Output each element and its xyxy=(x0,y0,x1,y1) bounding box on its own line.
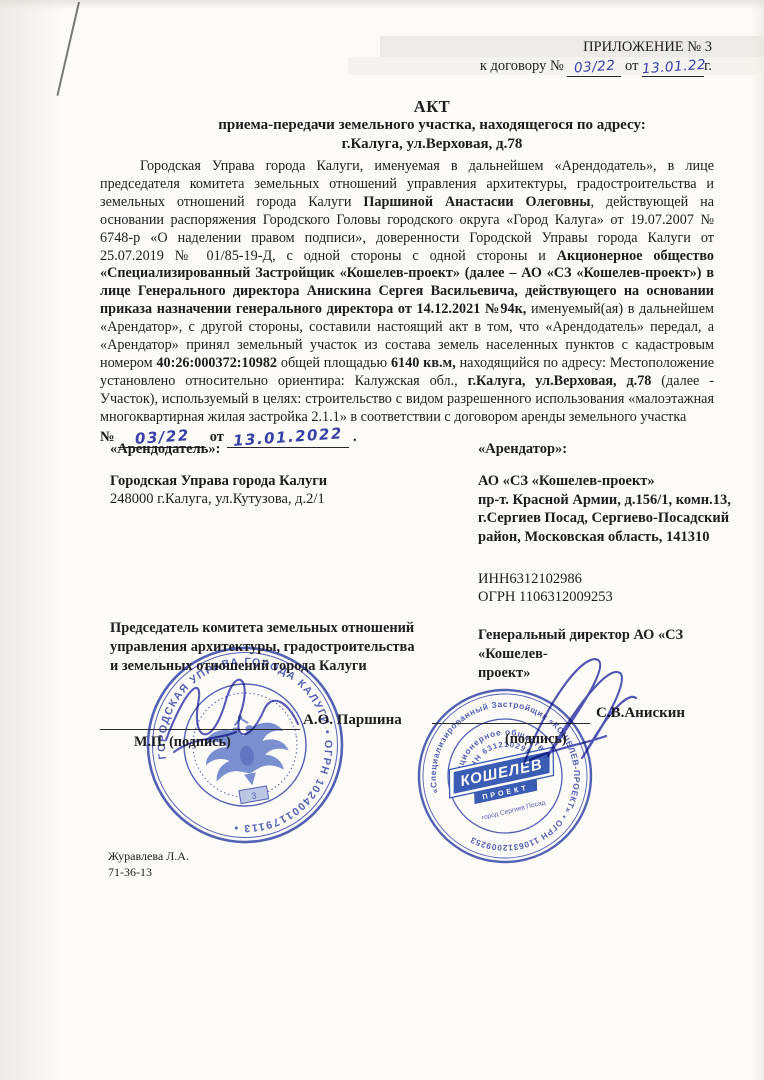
tenant-label: «Арендатор»: xyxy=(478,440,734,458)
landlord-block: «Арендодатель»: Городская Управа города … xyxy=(110,440,420,508)
landlord-stamp-number-box: 3 xyxy=(239,786,269,804)
tenant-block: «Арендатор»: АО «СЗ «Кошелев-проект» пр-… xyxy=(478,440,734,607)
executor-phone: 71-36-13 xyxy=(108,864,189,880)
landlord-address: 248000 г.Калуга, ул.Кутузова, д.2/1 xyxy=(110,490,420,508)
tenant-address-line: пр-т. Красной Армии, д.156/1, комн.13, xyxy=(478,491,734,509)
title-address: г.Калуга, ул.Верховая, д.78 xyxy=(112,135,752,154)
landlord-label: «Арендодатель»: xyxy=(110,440,420,458)
ot-word: от xyxy=(625,58,638,74)
contract-date-blank: 13.01.22 xyxy=(642,57,704,77)
document-title: АКТ приема-передачи земельного участка, … xyxy=(112,97,752,154)
landlord-signature-stroke xyxy=(138,652,338,782)
contract-reference-line: к договору № 03/22 от 13.01.22г. xyxy=(480,57,712,77)
tenant-signature-stroke xyxy=(486,636,671,781)
title-act: АКТ xyxy=(112,97,752,116)
landlord-signature-caption: М.П. (подпись) xyxy=(134,734,231,751)
tenant-name: АО «СЗ «Кошелев-проект» xyxy=(478,472,734,490)
tenant-signature-caption: (подпись) xyxy=(505,731,567,748)
scan-right-shading xyxy=(750,0,764,1080)
executor-name: Журавлева Л.А. xyxy=(108,848,189,864)
document-header: ПРИЛОЖЕНИЕ № 3 к договору № 03/22 от 13.… xyxy=(480,38,712,77)
body-text-segment: Паршиной Анастасии Олеговны xyxy=(363,194,590,210)
tenant-address-line: г.Сергиев Посад, Сергиево-Посадский xyxy=(478,509,734,527)
main-paragraph: Городская Управа города Калуги, именуема… xyxy=(100,158,714,427)
body-text-segment: общей площадью xyxy=(277,355,391,371)
body-text-segment: г.Калуга, ул.Верховая, д.78 xyxy=(468,373,652,389)
contract-number-handwritten: 03/22 xyxy=(573,57,616,79)
scanned-document-page: ПРИЛОЖЕНИЕ № 3 к договору № 03/22 от 13.… xyxy=(0,0,764,1080)
contract-date-handwritten: 13.01.22 xyxy=(642,56,707,79)
contract-number-blank: 03/22 xyxy=(567,57,621,77)
contract-prefix: к договору № xyxy=(480,58,564,74)
executor-footer: Журавлева Л.А. 71-36-13 xyxy=(108,848,189,880)
officer-title-line: Председатель комитета земельных отношени… xyxy=(110,619,455,638)
landlord-name: Городская Управа города Калуги xyxy=(110,472,420,490)
appendix-heading: ПРИЛОЖЕНИЕ № 3 xyxy=(480,38,712,57)
scan-left-shading xyxy=(0,0,64,1080)
body-text: Городская Управа города Калуги, именуема… xyxy=(100,158,714,448)
tenant-inn: ИНН6312102986 xyxy=(478,570,734,588)
tenant-ogrn: ОГРН 1106312009253 xyxy=(478,588,734,606)
tenant-address-line: район, Московская область, 141310 xyxy=(478,528,734,546)
title-subject: приема-передачи земельного участка, нахо… xyxy=(112,116,752,135)
body-text-segment: 40:26:000372:10982 xyxy=(156,355,277,371)
scan-top-shading xyxy=(0,0,764,10)
body-text-segment: 6140 кв.м, xyxy=(391,355,456,371)
tenant-stamp-city-text: город Сергиев Посад xyxy=(481,799,546,822)
